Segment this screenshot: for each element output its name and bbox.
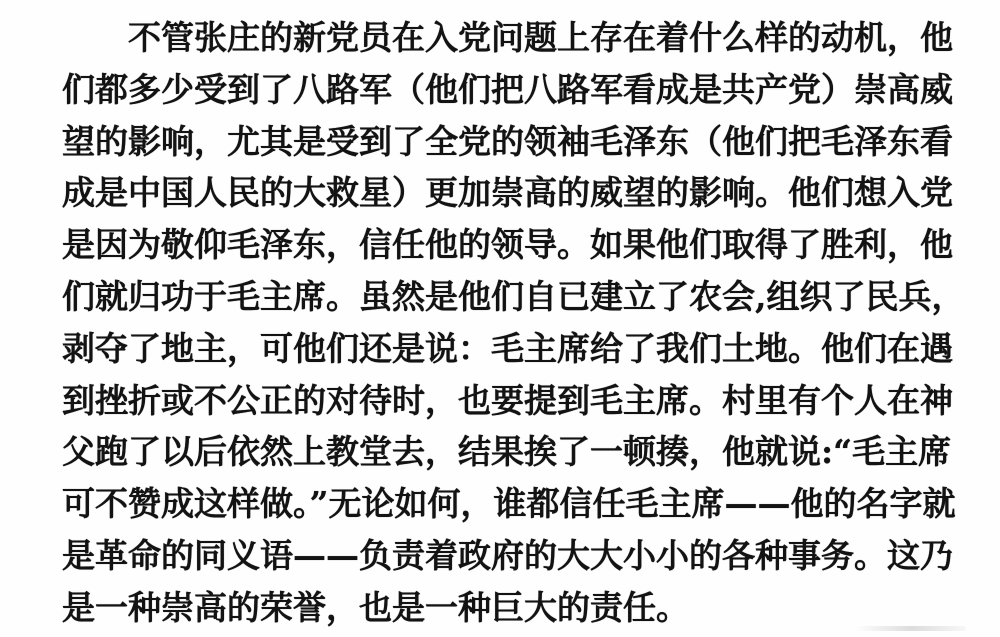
text-line: 是一种崇高的荣誉，也是一种巨大的责任。 (62, 582, 988, 634)
text-line: 成是中国人民的大救星）更加崇高的威望的影响。他们想入党 (62, 167, 988, 219)
scan-artifact (856, 626, 966, 631)
text-line: 是因为敬仰毛泽东，信任他的领导。如果他们取得了胜利，他 (62, 219, 988, 271)
text-line: 剥夺了地主，可他们还是说：毛主席给了我们土地。他们在遇 (62, 323, 988, 375)
text-line: 可不赞成这样做。”无论如何，谁都信任毛主席——他的名字就 (62, 478, 988, 530)
paragraph: 不管张庄的新党员在入党问题上存在着什么样的动机，他 们都多少受到了八路军（他们把… (62, 12, 988, 634)
text-line: 们都多少受到了八路军（他们把八路军看成是共产党）崇高威 (62, 64, 988, 116)
text-line: 望的影响，尤其是受到了全党的领袖毛泽东（他们把毛泽东看 (62, 116, 988, 168)
text-line: 父跑了以后依然上教堂去，结果挨了一顿揍，他就说:“毛主席 (62, 426, 988, 478)
document-page: 不管张庄的新党员在入党问题上存在着什么样的动机，他 们都多少受到了八路军（他们把… (0, 0, 1000, 637)
text-line: 到挫折或不公正的对待时，也要提到毛主席。村里有个人在神 (62, 375, 988, 427)
text-line: 是革命的同义语——负责着政府的大大小小的各种事务。这乃 (62, 530, 988, 582)
paragraph-first-line: 不管张庄的新党员在入党问题上存在着什么样的动机，他 (62, 12, 988, 64)
text-line: 们就归功于毛主席。虽然是他们自已建立了农会,组织了民兵， (62, 271, 988, 323)
